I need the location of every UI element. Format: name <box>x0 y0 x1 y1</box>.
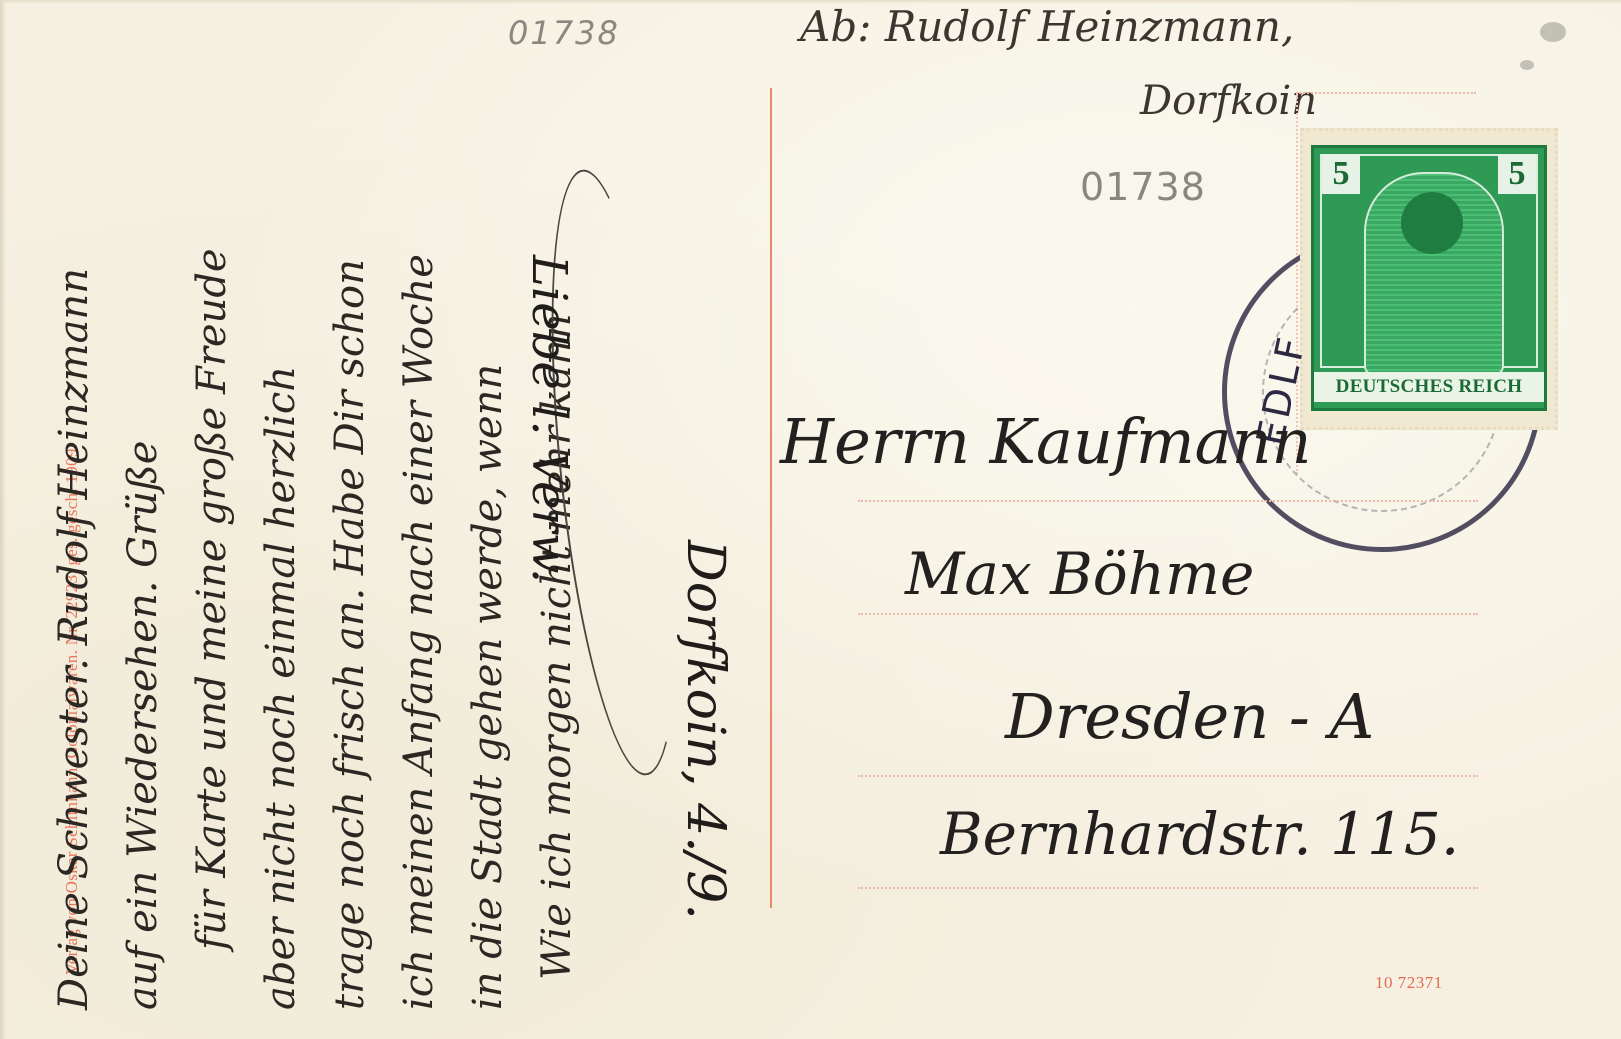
postcard: 01738 01738 Verlag von Oskar Schimhahn, … <box>0 0 1621 1039</box>
greeting-text: Liebe l. Verw. <box>521 255 577 583</box>
center-divider <box>770 88 772 908</box>
serial-number: 10 72371 <box>1375 973 1443 993</box>
place-and-date: Dorfkoin, 4./9. <box>675 540 735 920</box>
germania-figure-icon <box>1364 172 1504 376</box>
greeting: Liebe l. Verw. <box>521 255 577 583</box>
address-guide-line-2 <box>858 613 1478 615</box>
address-recipient-name: Max Böhme <box>905 540 1254 608</box>
stamp-country: DEUTSCHES REICH <box>1314 372 1544 402</box>
stamp-value-left: 5 <box>1322 154 1360 194</box>
ink-smudge <box>1520 60 1534 70</box>
address-street: Bernhardstr. 115. <box>940 800 1459 868</box>
pencil-archive-number-right: 01738 <box>1080 165 1206 209</box>
message-line: ich meinen Anfang nach einer Woche <box>385 248 454 1010</box>
postage-stamp: 5 5 DEUTSCHES REICH <box>1300 128 1558 430</box>
message-line: Deine Schwester. Rudolf Heinzmann <box>40 248 109 1010</box>
message-line: trage noch frisch an. Habe Dir schon <box>316 248 385 1010</box>
stamp-guide-line <box>1296 92 1476 94</box>
message-line: aber nicht noch einmal herzlich <box>247 248 316 1010</box>
handwritten-message: Deine Schwester. Rudolf Heinzmann auf ei… <box>40 248 592 1010</box>
message-line: für Karte und meine große Freude <box>178 248 247 1010</box>
address-guide-line-3 <box>858 775 1478 777</box>
germania-head-icon <box>1401 192 1463 254</box>
pencil-archive-number-left: 01738 <box>508 14 620 52</box>
address-guide-line-4 <box>858 887 1478 889</box>
message-line: in die Stadt gehen werde, wenn <box>454 248 523 1010</box>
sender-place: Dorfkoin <box>1140 78 1317 124</box>
stamp-design: 5 5 DEUTSCHES REICH <box>1311 145 1547 411</box>
stamp-value-right: 5 <box>1498 154 1536 194</box>
address-guide-line-1 <box>858 500 1478 502</box>
address-city: Dresden - A <box>1005 680 1374 753</box>
card-edge-left <box>0 0 6 1039</box>
address-recipient-title: Herrn Kaufmann <box>780 405 1311 478</box>
ink-smudge <box>1540 22 1566 42</box>
sender-name: Ab: Rudolf Heinzmann, <box>800 2 1294 51</box>
message-line: auf ein Wiedersehen. Grüße <box>109 248 178 1010</box>
